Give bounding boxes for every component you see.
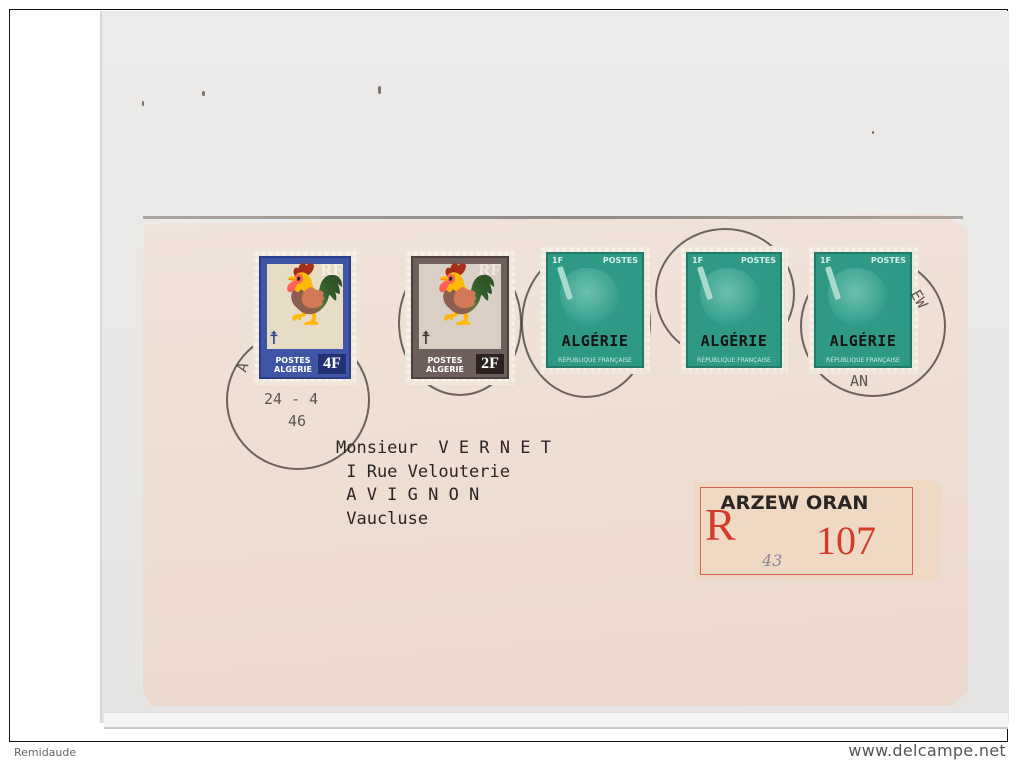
stamp-value: 1F — [692, 256, 703, 265]
stamp-caption: POSTESALGERIE — [417, 356, 473, 374]
stamp-value: 1F — [552, 256, 563, 265]
stamp-iris-algerie: 1FPOSTES ALGÉRIE RÉPUBLIQUE FRANÇAISE — [680, 246, 788, 374]
recipient-address: Monsieur V E R N E T I Rue Velouterie A … — [336, 437, 551, 531]
stamp-top-label: POSTES — [741, 256, 776, 265]
stamp-rf: RF — [320, 260, 343, 280]
stamp-caption-line2: ALGERIE — [426, 365, 464, 374]
stamp-overprint: ALGÉRIE — [688, 332, 780, 350]
stamp-overprint: ALGÉRIE — [548, 332, 642, 350]
stamp-top-labels: 1FPOSTES — [692, 256, 776, 265]
scan-bottom-edge — [104, 712, 1008, 729]
dust-speck — [202, 91, 205, 96]
stamp-caption-line1: POSTES — [275, 356, 310, 365]
stamp-face: 🐓 RF ☨ POSTESALGERIE 2F — [411, 256, 509, 379]
stamp-denomination: 2F — [476, 354, 504, 374]
stamp-denomination: 4F — [318, 354, 346, 374]
envelope-top-edge — [143, 216, 963, 219]
stamp-top-labels: 1FPOSTES — [552, 256, 638, 265]
cross-of-lorraine-icon: ☨ — [421, 328, 431, 349]
stamp-top-label: POSTES — [871, 256, 906, 265]
postmark-date: 24 - 4 — [264, 390, 318, 408]
stamp-rooster-4f: 🐓 RF ☨ POSTESALGERIE 4F — [253, 250, 357, 385]
stamp-rf: RF — [478, 260, 501, 280]
stamp-face: 1FPOSTES ALGÉRIE RÉPUBLIQUE FRANÇAISE — [814, 252, 912, 368]
stamp-rooster-2f: 🐓 RF ☨ POSTESALGERIE 2F — [405, 250, 515, 385]
cross-of-lorraine-icon: ☨ — [269, 328, 279, 349]
stamp-top-label: POSTES — [603, 256, 638, 265]
address-line-name: Monsieur V E R N E T — [336, 437, 551, 461]
dust-speck — [142, 101, 144, 106]
stamp-caption: POSTESALGERIE — [265, 356, 321, 374]
site-watermark: www.delcampe.net — [848, 741, 1006, 760]
postmark-year: 46 — [288, 412, 306, 430]
seller-name: Remidaude — [14, 746, 76, 759]
stamp-iris-algerie: 1FPOSTES ALGÉRIE RÉPUBLIQUE FRANÇAISE — [808, 246, 918, 374]
registration-handwritten-note: 43 — [762, 551, 782, 570]
address-line-street: I Rue Velouterie — [336, 461, 551, 485]
stamp-bottom-label: RÉPUBLIQUE FRANÇAISE — [550, 357, 640, 364]
dust-speck — [378, 86, 381, 94]
registration-number: 107 — [816, 519, 876, 563]
postmark-region-fragment: AN — [850, 372, 868, 390]
stamp-overprint: ALGÉRIE — [816, 332, 910, 350]
address-line-city: A V I G N O N — [336, 484, 551, 508]
stamp-bottom-label: RÉPUBLIQUE FRANÇAISE — [690, 357, 778, 364]
stamp-caption-line1: POSTES — [427, 356, 462, 365]
stamp-face: 1FPOSTES ALGÉRIE RÉPUBLIQUE FRANÇAISE — [686, 252, 782, 368]
stamp-top-labels: 1FPOSTES — [820, 256, 906, 265]
stamp-caption-line2: ALGERIE — [274, 365, 312, 374]
dust-speck — [872, 131, 874, 134]
stamp-face: 🐓 RF ☨ POSTESALGERIE 4F — [259, 256, 351, 379]
registration-office: ARZEW ORAN — [721, 492, 869, 514]
stamp-iris-algerie: 1FPOSTES ALGÉRIE RÉPUBLIQUE FRANÇAISE — [540, 246, 650, 374]
stamp-value: 1F — [820, 256, 831, 265]
address-line-department: Vaucluse — [336, 508, 551, 532]
stamp-face: 1FPOSTES ALGÉRIE RÉPUBLIQUE FRANÇAISE — [546, 252, 644, 368]
stamp-bottom-label: RÉPUBLIQUE FRANÇAISE — [818, 357, 908, 364]
